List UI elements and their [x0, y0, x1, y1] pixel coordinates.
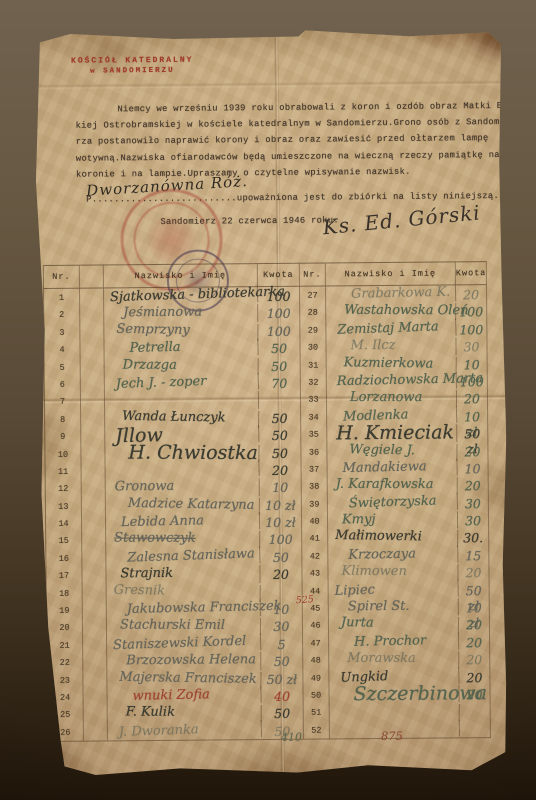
red-ink-note: 525 — [295, 594, 314, 606]
donation-amount-right: 20 — [459, 616, 490, 634]
donor-name-right: Spirel St. — [329, 598, 459, 617]
donation-amount-left: 50 — [260, 548, 302, 566]
spacer-cell — [82, 497, 106, 515]
row-number-right: 30 — [300, 339, 326, 357]
donation-amount-left: 50 zł — [261, 669, 303, 687]
spacer-cell — [81, 375, 105, 393]
donation-amount-left: 10 zł — [260, 495, 302, 513]
letterhead: KOŚCIÓŁ KATEDRALNY w SANDOMIERZU — [71, 56, 194, 76]
row-number-right: 47 — [303, 634, 329, 652]
row-number-right: 46 — [303, 617, 329, 635]
spacer-cell — [83, 601, 107, 619]
spacer-cell — [82, 462, 106, 480]
donation-amount-left: 50 — [259, 426, 301, 444]
row-number-left: 9 — [45, 428, 81, 446]
donation-amount-left: 100 — [260, 530, 302, 548]
row-number-left: 10 — [45, 445, 81, 463]
donation-amount-right: 20 — [459, 633, 490, 651]
donor-name-left: Brzozowska Helena — [107, 652, 261, 671]
donation-amount-left: 50 — [258, 339, 300, 357]
donor-name-right — [330, 702, 460, 721]
donation-amount-left: 40 — [261, 687, 303, 705]
spacer-cell — [80, 288, 104, 306]
row-number-left: 25 — [48, 706, 84, 724]
spacer-cell — [81, 428, 105, 446]
donor-name-right: M. Ilcz — [326, 338, 456, 357]
donation-amount-left: 100 — [258, 322, 300, 340]
donor-name-left: Strajnik — [106, 565, 260, 584]
donation-amount-left: 30 — [261, 617, 303, 635]
row-number-right: 35 — [301, 426, 327, 444]
donor-name-right: Klimowen — [328, 564, 458, 582]
row-number-right: 33 — [301, 391, 327, 409]
spacer-cell — [81, 393, 105, 411]
spacer-cell — [83, 688, 107, 706]
row-number-left: 20 — [47, 619, 83, 637]
row-number-right: 51 — [304, 704, 330, 722]
row-number-left: 8 — [45, 410, 81, 428]
column-total-left: 410 — [281, 731, 302, 744]
donation-amount-right: 15 — [458, 546, 489, 564]
donor-name-right: Mandakiewa — [327, 458, 457, 478]
donor-name-left: J. Dworanka — [108, 720, 262, 742]
donation-amount-right: 10 — [458, 459, 489, 477]
donation-amount-left: 50 — [262, 704, 304, 722]
row-number-right: 34 — [301, 408, 327, 426]
letterhead-line1: KOŚCIÓŁ KATEDRALNY — [71, 56, 193, 66]
spacer-cell — [80, 306, 104, 324]
donor-name-right: Wastahowska Oleń — [326, 303, 456, 321]
row-number-right: 48 — [303, 652, 329, 670]
donation-amount-right: 100 — [456, 320, 487, 338]
donor-name-right: Morawska — [329, 651, 459, 669]
row-number-right: 50 — [303, 686, 329, 704]
donor-name-right: Jurta — [329, 615, 459, 634]
row-number-right: 32 — [301, 373, 327, 391]
spacer-cell — [80, 323, 104, 341]
donation-amount-right: 30. — [458, 529, 489, 547]
row-number-right: 37 — [302, 460, 328, 478]
table-body: 1Sjatkowska - bibliotekarka10027Grabarko… — [44, 285, 491, 742]
row-number-left: 14 — [46, 515, 82, 533]
spacer-cell — [83, 619, 107, 637]
row-number-left: 19 — [47, 602, 83, 620]
upper-fold-crease — [33, 80, 503, 90]
row-number-right: 36 — [301, 443, 327, 461]
photo-scene: KOŚCIÓŁ KATEDRALNY w SANDOMIERZU Niemcy … — [0, 0, 536, 800]
row-number-left: 11 — [46, 463, 82, 481]
row-number-left: 18 — [47, 584, 83, 602]
row-number-left: 13 — [46, 497, 82, 515]
row-number-left: 17 — [46, 567, 82, 585]
letterhead-line2: w SANDOMIERZU — [71, 67, 193, 76]
donation-amount-left: 100 — [258, 304, 300, 322]
donor-name-left: Jeśmianowa — [104, 304, 258, 323]
spacer-cell — [81, 358, 105, 376]
donation-amount-right — [460, 720, 491, 738]
donation-amount-left: 5 — [261, 635, 303, 653]
donor-name-right: Grabarkowa K. — [326, 285, 456, 305]
row-number-right: 52 — [304, 721, 330, 739]
donation-amount-right: 100 — [457, 372, 488, 390]
donor-name-left: Gronowa — [106, 478, 260, 497]
spacer-cell — [83, 654, 107, 672]
donation-amount-right: 30 — [458, 494, 489, 512]
row-number-left: 23 — [47, 671, 83, 689]
row-number-left: 6 — [45, 376, 81, 394]
row-number-right: 41 — [302, 530, 328, 548]
spacer-cell — [84, 706, 108, 724]
document-paper: KOŚCIÓŁ KATEDRALNY w SANDOMIERZU Niemcy … — [33, 28, 509, 777]
column-total-right: 875 — [381, 729, 403, 743]
header-name-left: Nazwisko i Imię — [104, 264, 258, 287]
donor-name-right: Węgiele J. — [327, 441, 457, 460]
donor-name-right: Małimowerki — [328, 528, 458, 547]
donation-amount-right: 20 — [456, 285, 487, 303]
row-number-left: 21 — [47, 636, 83, 654]
spacer-cell — [83, 584, 107, 602]
donor-name-right: Szczerbinowa — [329, 685, 459, 704]
spacer-cell — [82, 567, 106, 585]
row-number-right: 29 — [300, 321, 326, 339]
header-name-right: Nazwisko i Imię — [326, 262, 456, 285]
donation-amount-right: 20 — [459, 650, 490, 668]
donor-name-right: H. Prochor — [329, 632, 459, 652]
donation-amount-left: 10 zł — [260, 513, 302, 531]
row-number-right: 40 — [302, 513, 328, 531]
spacer-cell — [80, 341, 104, 359]
spacer-cell — [81, 410, 105, 428]
donation-amount-left: 10 — [260, 478, 302, 496]
donor-name-left — [105, 391, 259, 410]
spacer-cell — [81, 445, 105, 463]
donation-amount-left: 50 — [259, 356, 301, 374]
spacer-cell — [83, 636, 107, 654]
row-number-right: 38 — [302, 478, 328, 496]
donation-amount-right: 10 zł — [457, 407, 488, 425]
row-number-right: 28 — [300, 304, 326, 322]
spacer-cell — [82, 480, 106, 498]
row-number-left: 15 — [46, 532, 82, 550]
spacer-cell — [82, 515, 106, 533]
donor-name-right: Lorzanowa — [327, 390, 457, 408]
row-number-right: 43 — [302, 565, 328, 583]
row-number-left: 5 — [45, 358, 81, 376]
donor-name-right: Radziochowska Marta — [327, 372, 457, 392]
donation-amount-right: 10 — [457, 355, 488, 373]
row-number-right: 42 — [302, 547, 328, 565]
row-number-left: 2 — [44, 306, 80, 324]
header-spacer — [80, 265, 104, 287]
donation-amount-left — [259, 391, 301, 409]
donation-amount-right: 50 zł — [459, 581, 490, 599]
donation-amount-right: 50 zł — [457, 424, 488, 442]
donation-amount-left: 70 — [259, 374, 301, 392]
spacer-cell — [82, 532, 106, 550]
donation-amount-right: 20 — [457, 442, 488, 460]
spacer-cell — [82, 549, 106, 567]
donation-amount-right: 30 — [456, 337, 487, 355]
row-number-left: 24 — [47, 689, 83, 707]
donation-amount-right: 20 — [458, 563, 489, 581]
row-number-left: 1 — [44, 289, 80, 307]
row-number-left: 7 — [45, 393, 81, 411]
donation-amount-left: 100 — [258, 287, 300, 305]
donation-amount-right: 20 — [458, 476, 489, 494]
header-kwota-left: Kwota — [258, 264, 300, 286]
donation-amount-right: 100 — [456, 303, 487, 321]
row-number-left: 26 — [48, 723, 84, 741]
row-number-left: 12 — [46, 480, 82, 498]
donation-amount-left: 50 — [259, 408, 301, 426]
donor-name-right: Kmyj — [328, 511, 458, 530]
donor-name-right: J. Karafkowska — [328, 477, 458, 495]
donation-amount-right: 10 zł — [459, 598, 490, 616]
donor-name-left: Petrella — [104, 338, 258, 359]
donor-name-right: H. Kmieciak — [327, 425, 457, 444]
donation-amount-left: 50 — [259, 443, 301, 461]
donor-name-right: Krzoczaya — [328, 545, 458, 565]
header-nr-right: Nr. — [300, 264, 326, 286]
header-kwota-right: Kwota. — [456, 262, 487, 284]
donation-amount-right: 20 — [459, 685, 490, 703]
donation-amount-right — [460, 702, 491, 720]
spacer-cell — [83, 671, 107, 689]
row-number-left: 22 — [47, 654, 83, 672]
spacer-cell — [84, 723, 108, 741]
row-number-right: 31 — [301, 356, 327, 374]
row-number-right: 27 — [300, 287, 326, 305]
row-number-left: 3 — [44, 323, 80, 341]
donation-amount-left: 20 — [260, 565, 302, 583]
donor-table: Nr. Nazwisko i Imię Kwota Nr. Nazwisko i… — [43, 261, 491, 742]
row-number-left: 4 — [44, 341, 80, 359]
header-nr-left: Nr. — [44, 266, 80, 288]
donation-amount-right: 20 — [457, 389, 488, 407]
donation-amount-left: 50 — [261, 652, 303, 670]
donation-amount-right: 30 — [458, 511, 489, 529]
donation-amount-left: 20 — [260, 461, 302, 479]
row-number-right: 39 — [302, 495, 328, 513]
row-number-left: 16 — [46, 550, 82, 568]
row-number-right: 49 — [303, 669, 329, 687]
